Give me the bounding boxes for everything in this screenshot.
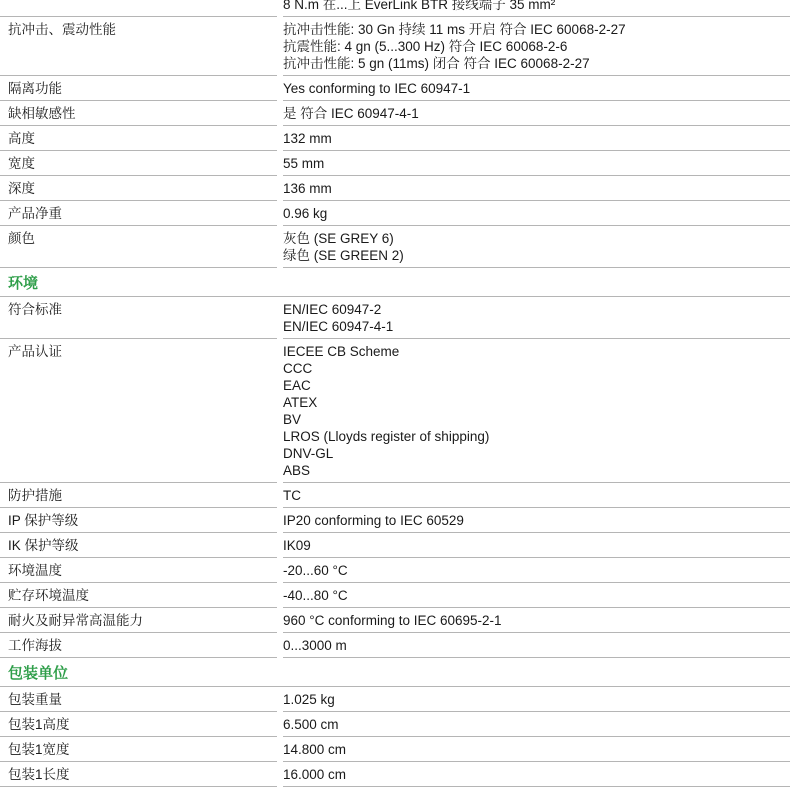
value-line: IP20 conforming to IEC 60529 — [283, 512, 790, 529]
value-line: 16.000 cm — [283, 766, 790, 783]
spec-row: 包装重量 1.025 kg — [0, 687, 790, 712]
row-label: 高度 — [0, 126, 277, 151]
spec-row: 颜色 灰色 (SE GREY 6)绿色 (SE GREEN 2) — [0, 226, 790, 268]
spec-row: 工作海拔 0...3000 m — [0, 633, 790, 658]
value-line: EN/IEC 60947-2 — [283, 301, 790, 318]
row-value: 14.800 cm — [283, 737, 790, 762]
value-line: IK09 — [283, 537, 790, 554]
value-line: DNV-GL — [283, 445, 790, 462]
spec-row: 贮存环境温度 -40...80 °C — [0, 583, 790, 608]
row-label: 耐火及耐异常高温能力 — [0, 608, 277, 633]
value-line: 6.500 cm — [283, 716, 790, 733]
row-label: 包装1宽度 — [0, 737, 277, 762]
spec-row: 耐火及耐异常高温能力 960 °C conforming to IEC 6069… — [0, 608, 790, 633]
spec-row: IK 保护等级 IK09 — [0, 533, 790, 558]
row-value: 抗冲击性能: 30 Gn 持续 11 ms 开启 符合 IEC 60068-2-… — [283, 17, 790, 76]
row-value: TC — [283, 483, 790, 508]
spec-row: 包装1长度 16.000 cm — [0, 762, 790, 787]
product-spec-table: 8 N.m 在...上 EverLink BTR 接线端子 35 mm² 抗冲击… — [0, 0, 790, 787]
row-value: 是 符合 IEC 60947-4-1 — [283, 101, 790, 126]
spec-row: 宽度 55 mm — [0, 151, 790, 176]
spec-row: IP 保护等级 IP20 conforming to IEC 60529 — [0, 508, 790, 533]
row-label — [0, 0, 277, 17]
value-line: 0...3000 m — [283, 637, 790, 654]
spec-row: 缺相敏感性 是 符合 IEC 60947-4-1 — [0, 101, 790, 126]
row-value: 1.025 kg — [283, 687, 790, 712]
value-line: -20...60 °C — [283, 562, 790, 579]
value-line: 14.800 cm — [283, 741, 790, 758]
row-label: 颜色 — [0, 226, 277, 268]
row-label: 防护措施 — [0, 483, 277, 508]
row-value: 8 N.m 在...上 EverLink BTR 接线端子 35 mm² — [283, 0, 790, 17]
row-value: 6.500 cm — [283, 712, 790, 737]
row-value: 132 mm — [283, 126, 790, 151]
row-value: -20...60 °C — [283, 558, 790, 583]
row-value: IP20 conforming to IEC 60529 — [283, 508, 790, 533]
row-label: 产品认证 — [0, 339, 277, 483]
spec-row: 抗冲击、震动性能 抗冲击性能: 30 Gn 持续 11 ms 开启 符合 IEC… — [0, 17, 790, 76]
row-value: 0.96 kg — [283, 201, 790, 226]
row-value: Yes conforming to IEC 60947-1 — [283, 76, 790, 101]
value-line: 0.96 kg — [283, 205, 790, 222]
row-label: IP 保护等级 — [0, 508, 277, 533]
row-value: 0...3000 m — [283, 633, 790, 658]
spec-row: 包装1宽度 14.800 cm — [0, 737, 790, 762]
section-header: 包装单位 — [0, 658, 790, 687]
spec-row: 深度 136 mm — [0, 176, 790, 201]
value-line: 8 N.m 在...上 EverLink BTR 接线端子 35 mm² — [283, 0, 790, 13]
row-value: 136 mm — [283, 176, 790, 201]
row-value: EN/IEC 60947-2EN/IEC 60947-4-1 — [283, 297, 790, 339]
spec-row: 产品认证 IECEE CB SchemeCCCEACATEXBVLROS (Ll… — [0, 339, 790, 483]
spec-row: 环境温度 -20...60 °C — [0, 558, 790, 583]
row-label: 包装1长度 — [0, 762, 277, 787]
value-line: 1.025 kg — [283, 691, 790, 708]
row-value: 灰色 (SE GREY 6)绿色 (SE GREEN 2) — [283, 226, 790, 268]
value-line: 136 mm — [283, 180, 790, 197]
row-label: 宽度 — [0, 151, 277, 176]
spec-row: 8 N.m 在...上 EverLink BTR 接线端子 35 mm² — [0, 0, 790, 17]
value-line: 灰色 (SE GREY 6) — [283, 230, 790, 247]
row-label: 工作海拔 — [0, 633, 277, 658]
row-label: 包装重量 — [0, 687, 277, 712]
value-line: 132 mm — [283, 130, 790, 147]
spec-row: 防护措施 TC — [0, 483, 790, 508]
value-line: Yes conforming to IEC 60947-1 — [283, 80, 790, 97]
row-label: 缺相敏感性 — [0, 101, 277, 126]
row-value: IECEE CB SchemeCCCEACATEXBVLROS (Lloyds … — [283, 339, 790, 483]
value-line: BV — [283, 411, 790, 428]
spec-row: 隔离功能 Yes conforming to IEC 60947-1 — [0, 76, 790, 101]
value-line: 抗震性能: 4 gn (5...300 Hz) 符合 IEC 60068-2-6 — [283, 38, 790, 55]
spec-row: 符合标准 EN/IEC 60947-2EN/IEC 60947-4-1 — [0, 297, 790, 339]
row-value: 960 °C conforming to IEC 60695-2-1 — [283, 608, 790, 633]
value-line: ABS — [283, 462, 790, 479]
row-label: 贮存环境温度 — [0, 583, 277, 608]
value-line: 绿色 (SE GREEN 2) — [283, 247, 790, 264]
section-header: 环境 — [0, 268, 790, 297]
row-label: 抗冲击、震动性能 — [0, 17, 277, 76]
row-value: 55 mm — [283, 151, 790, 176]
row-value: -40...80 °C — [283, 583, 790, 608]
row-label: 环境温度 — [0, 558, 277, 583]
spec-row: 包装1高度 6.500 cm — [0, 712, 790, 737]
row-label: 产品净重 — [0, 201, 277, 226]
value-line: -40...80 °C — [283, 587, 790, 604]
value-line: 55 mm — [283, 155, 790, 172]
value-line: 是 符合 IEC 60947-4-1 — [283, 105, 790, 122]
row-label: 隔离功能 — [0, 76, 277, 101]
row-label: 包装1高度 — [0, 712, 277, 737]
row-label: 深度 — [0, 176, 277, 201]
spec-row: 产品净重 0.96 kg — [0, 201, 790, 226]
value-line: EAC — [283, 377, 790, 394]
value-line: 抗冲击性能: 5 gn (11ms) 闭合 符合 IEC 60068-2-27 — [283, 55, 790, 72]
row-label: IK 保护等级 — [0, 533, 277, 558]
value-line: ATEX — [283, 394, 790, 411]
row-value: 16.000 cm — [283, 762, 790, 787]
value-line: IECEE CB Scheme — [283, 343, 790, 360]
row-value: IK09 — [283, 533, 790, 558]
value-line: TC — [283, 487, 790, 504]
value-line: 960 °C conforming to IEC 60695-2-1 — [283, 612, 790, 629]
value-line: EN/IEC 60947-4-1 — [283, 318, 790, 335]
value-line: 抗冲击性能: 30 Gn 持续 11 ms 开启 符合 IEC 60068-2-… — [283, 21, 790, 38]
row-label: 符合标准 — [0, 297, 277, 339]
value-line: CCC — [283, 360, 790, 377]
value-line: LROS (Lloyds register of shipping) — [283, 428, 790, 445]
spec-row: 高度 132 mm — [0, 126, 790, 151]
